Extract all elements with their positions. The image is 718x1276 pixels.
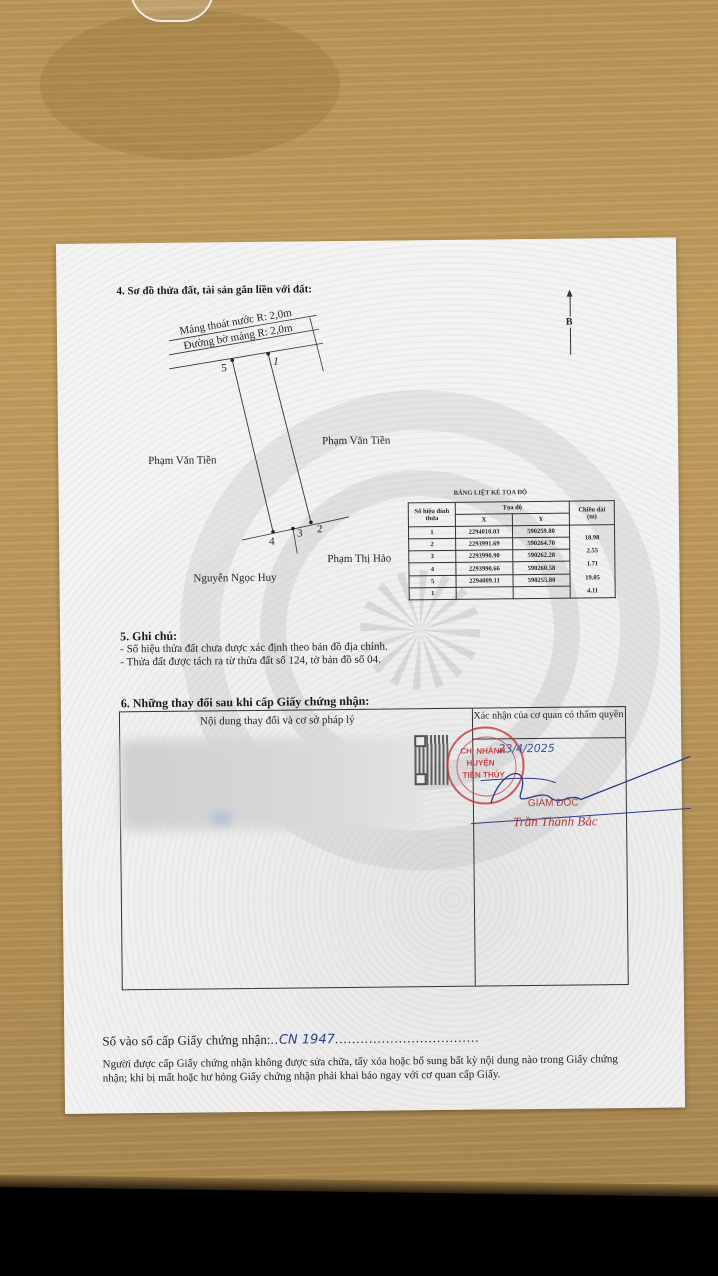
signer-title: GIÁM ĐỐC [528, 798, 579, 810]
neighbor-east: Phạm Văn Tiền [322, 435, 390, 448]
length-5-1: 4.11 [574, 587, 612, 594]
vertex-label-4: 4 [269, 536, 275, 548]
table-row: 1 2294010.03 590259.80 18.98 2.55 1.71 1… [408, 525, 614, 539]
authority-confirmation-header: Xác nhận của cơ quan có thẩm quyền [472, 709, 625, 722]
cell-x [456, 587, 513, 600]
length-2-3: 2.55 [573, 547, 611, 554]
header-length: Chiều dài (m) [569, 501, 614, 525]
cert-label: Số vào sổ cấp Giấy chứng nhận: [102, 1032, 270, 1049]
cell-x: 2293991.69 [456, 538, 513, 551]
neighbor-south-west: Nguyễn Ngọc Huy [193, 572, 276, 585]
changes-content-header: Nội dung thay đổi và cơ sở pháp lý [200, 714, 355, 728]
cell-id: 4 [409, 563, 456, 576]
certificate-registry-number: Số vào sổ cấp Giấy chứng nhận:..CN 1947.… [102, 1030, 479, 1050]
cell-y: 590255.80 [513, 574, 570, 587]
vertex-label-5: 5 [221, 362, 227, 374]
header-y: Y [512, 513, 569, 526]
length-4-5: 19.05 [573, 574, 611, 581]
cell-y: 590260.58 [513, 562, 570, 575]
vertex-3 [291, 527, 295, 531]
cell-y: 590262.28 [513, 549, 570, 562]
signer-name: Trần Thành Bắc [513, 813, 598, 830]
lengths-cell: 18.98 2.55 1.71 19.05 4.11 [569, 525, 615, 598]
redacted-mark [211, 811, 231, 825]
coord-table-title: BẢNG LIỆT KÊ TỌA ĐỘ [454, 489, 528, 497]
vertex-label-2: 2 [317, 523, 323, 535]
land-certificate-page: 4. Sơ đồ thửa đất, tài sản gắn liền với … [56, 238, 685, 1114]
vertex-label-1: 1 [273, 356, 279, 368]
coord-table: Số hiệu đỉnh thửa Tọa độ Chiều dài (m) X… [408, 500, 616, 600]
cert-value: CN 1947 [279, 1032, 335, 1048]
cell-y: 590264.70 [513, 537, 570, 550]
dotted-leader: .. [270, 1032, 279, 1047]
glass-shadow [40, 10, 340, 160]
cell-id: 2 [409, 538, 456, 551]
cell-id: 1 [409, 587, 456, 600]
cell-y: 590259.80 [512, 525, 569, 538]
qr-code-icon [414, 735, 449, 785]
length-1-2: 18.98 [573, 534, 611, 541]
changes-table: Nội dung thay đổi và cơ sở pháp lý Xác n… [119, 706, 629, 990]
cell-x: 2294009.11 [456, 574, 513, 587]
dotted-leader: .................................. [335, 1030, 480, 1047]
cell-id: 5 [409, 575, 456, 588]
neighbor-west: Phạm Văn Tiền [148, 454, 216, 467]
cell-y [513, 586, 570, 599]
vertex-label-3: 3 [297, 527, 303, 539]
cell-id: 1 [408, 526, 455, 539]
cell-x: 2294010.03 [455, 526, 512, 539]
header-x: X [455, 514, 512, 527]
warning-notice: Người được cấp Giấy chứng nhận không đượ… [103, 1052, 643, 1086]
redacted-content [120, 737, 421, 830]
cell-x: 2293990.66 [456, 562, 513, 575]
header-vertex-id: Số hiệu đỉnh thửa [408, 502, 455, 526]
length-3-4: 1.71 [573, 561, 611, 568]
vertex-2 [309, 521, 313, 525]
cell-id: 3 [409, 551, 456, 564]
neighbor-south-east: Phạm Thị Hảo [327, 553, 391, 566]
cell-x: 2293990.90 [456, 550, 513, 563]
